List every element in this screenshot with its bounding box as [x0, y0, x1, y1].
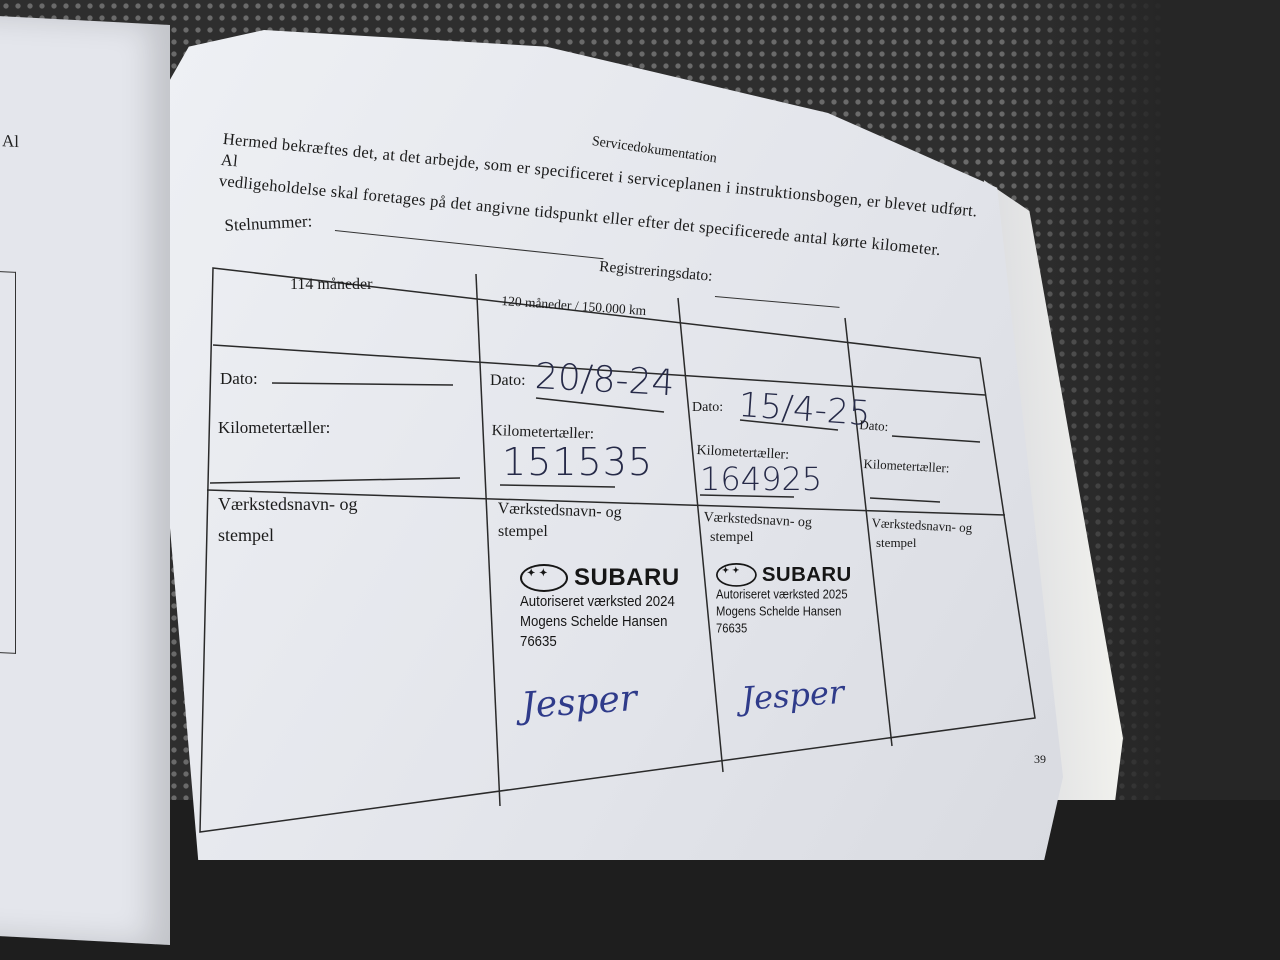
- col2-dato-value: 20/8-24: [534, 356, 676, 404]
- stamp-line-1: Autoriseret værksted 2025: [716, 587, 848, 604]
- col3-km-value: 164925: [700, 460, 822, 498]
- col2-dato-label: Dato:: [490, 372, 526, 390]
- col4-dato-label: Dato:: [859, 417, 889, 435]
- stamp-line-2: Mogens Schelde Hansen: [716, 604, 848, 621]
- col1-stamp-label-1: Værkstedsnavn- og: [218, 494, 357, 515]
- stamp-brand: SUBARU: [762, 563, 852, 587]
- page-number: 39: [1034, 752, 1046, 767]
- subaru-logo-icon: [716, 563, 757, 587]
- stamp-line-2: Mogens Schelde Hansen: [520, 612, 675, 632]
- col2-stamp-label-2: stempel: [498, 523, 548, 541]
- col3-workshop-stamp: SUBARU Autoriseret værksted 2025 Mogens …: [716, 563, 866, 638]
- col2-signature: Jesper: [520, 678, 638, 727]
- col3-stamp-label-2: stempel: [710, 530, 754, 546]
- stamp-line-3: 76635: [520, 632, 675, 652]
- col1-km-label: Kilometertæller:: [218, 418, 330, 438]
- col1-header: 114 måneder: [290, 276, 372, 294]
- col2-workshop-stamp: SUBARU Autoriseret værksted 2024 Mogens …: [520, 564, 696, 652]
- stamp-line-3: 76635: [716, 621, 848, 638]
- col1-stamp-label-2: stempel: [218, 525, 274, 546]
- col3-signature: Jesper: [740, 673, 845, 718]
- col3-dato-label: Dato:: [692, 400, 723, 416]
- col1-dato-label: Dato:: [220, 369, 258, 389]
- stamp-line-1: Autoriseret værksted 2024: [520, 592, 675, 612]
- col4-stamp-label-2: stempel: [876, 535, 916, 551]
- stamp-brand: SUBARU: [574, 564, 680, 592]
- col2-km-value: 151535: [502, 440, 653, 484]
- subaru-logo-icon: [520, 564, 568, 592]
